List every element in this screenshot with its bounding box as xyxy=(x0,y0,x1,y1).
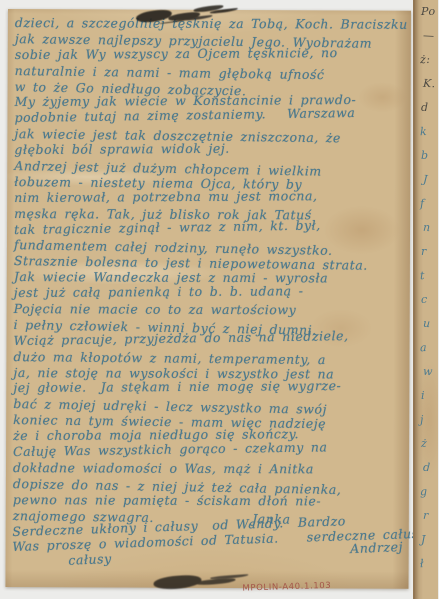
adjacent-page-fragment: ż xyxy=(415,432,438,456)
adjacent-page-fragment: — xyxy=(416,23,438,48)
adjacent-page-fragment: c xyxy=(415,288,438,312)
adjacent-page-fragment: k xyxy=(414,120,438,145)
adjacent-page-fragment: ż: xyxy=(414,48,438,73)
adjacent-page-fragment: i xyxy=(415,384,438,408)
adjacent-page-edge: Po—ż:K.dkbJfnrtcuawijżdgrJł xyxy=(413,0,438,599)
handwritten-line: nim kierował, a potrzebna mu jest mocna, xyxy=(14,187,406,205)
adjacent-page-fragment: r xyxy=(416,503,438,528)
adjacent-page-fragment: d xyxy=(415,96,438,120)
handwritten-line: dzieci, a szczególniej tęsknię za Tobą, … xyxy=(15,15,407,33)
adjacent-page-fragment: d xyxy=(416,455,438,480)
adjacent-page-fragment: r xyxy=(415,240,438,264)
scan-backdrop: dzieci, a szczególniej tęsknię za Tobą, … xyxy=(0,0,439,599)
adjacent-page-fragment: u xyxy=(416,311,438,336)
adjacent-page-fragment: K. xyxy=(416,71,438,96)
adjacent-page-fragment: J xyxy=(415,528,438,552)
handwritten-line: głęboki ból sprawia widok jej. xyxy=(14,140,406,158)
adjacent-page-fragment: Po xyxy=(415,0,438,24)
letter-page: dzieci, a szczególniej tęsknię za Tobą, … xyxy=(5,9,411,589)
catalog-number: MPOLIN-A40.1.103 xyxy=(242,581,331,594)
adjacent-page-fragment: ł xyxy=(414,552,438,577)
adjacent-page-fragment: a xyxy=(414,336,438,361)
handwritten-line: jest już całą panienką i to b. b. udaną … xyxy=(14,283,406,301)
adjacent-page-fragment: n xyxy=(416,215,438,240)
handwritten-line: jej głowie. Ja stękam i nie mogę się wyg… xyxy=(13,378,405,396)
handwritten-line: dokładne wiadomości o Was, mąż i Anitka xyxy=(13,460,405,478)
ink-smudge-bottom xyxy=(153,574,202,590)
adjacent-page-fragment: t xyxy=(414,264,438,289)
handwritten-line: Pojęcia nie macie co to za wartościowy xyxy=(14,301,406,319)
handwritten-line: sobie jak Wy wszyscy za Ojcem tęsknicie,… xyxy=(15,44,407,62)
adjacent-page-fragment: J xyxy=(416,167,438,192)
adjacent-page-fragment: g xyxy=(414,480,438,505)
adjacent-page-fragment: b xyxy=(415,144,438,168)
adjacent-page-fragment: f xyxy=(414,192,438,217)
handwritten-text-block: dzieci, a szczególniej tęsknię za Tobą, … xyxy=(13,15,407,573)
adjacent-page-fragment: j xyxy=(414,408,438,433)
handwritten-line: dużo ma kłopotów z nami, temperamenty, a xyxy=(13,349,405,369)
adjacent-page-fragment: w xyxy=(416,359,438,384)
